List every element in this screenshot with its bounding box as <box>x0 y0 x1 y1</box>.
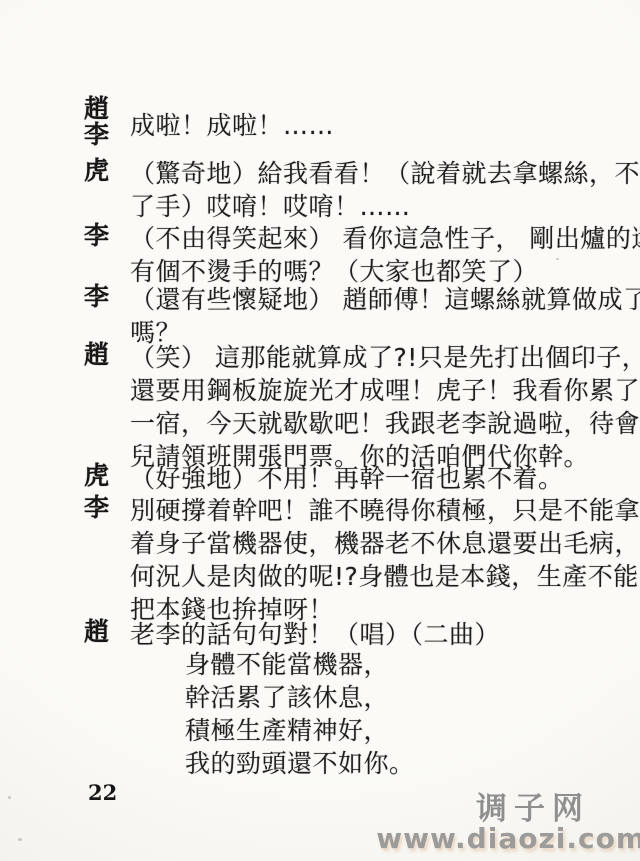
scanned-script-page: 趙 李 成啦！成啦！…… 虎 （驚奇地）給我看看！（說着就去拿螺絲，不覺燙 了手… <box>0 0 640 861</box>
speaker-label: 趙 <box>84 341 109 368</box>
speech-text: 成啦！成啦！…… <box>130 109 590 142</box>
dialogue-line: （不由得笑起來） 看你這急性子， 剛出爐的還 <box>130 222 590 255</box>
dialogue-line: 着身子當機器使，機器老不休息還要出毛病， <box>130 527 590 560</box>
dialogue-line: 老李的話句句對！（唱）（二曲） <box>130 618 590 651</box>
speaker-name: 李 <box>84 122 109 148</box>
song-line: 積極生產精神好， <box>185 714 415 747</box>
song-line: 我的勁頭還不如你。 <box>185 747 415 780</box>
speech-text: （不由得笑起來） 看你這急性子， 剛出爐的還 有個不燙手的嗎？（大家也都笑了） <box>130 222 590 288</box>
speaker-label: 虎 <box>84 157 109 184</box>
speaker-name: 趙 <box>84 96 109 122</box>
dialogue-line: 成啦！成啦！…… <box>130 109 590 142</box>
speaker-label: 趙 <box>84 618 109 645</box>
speech-text: （好強地）不用！再幹一宿也累不着。 <box>130 462 590 495</box>
scan-speck <box>556 258 559 260</box>
speech-text: 老李的話句句對！（唱）（二曲） <box>130 618 590 651</box>
song-verse: 身體不能當機器， 幹活累了該休息， 積極生產精神好， 我的勁頭還不如你。 <box>185 648 415 780</box>
scan-speck <box>18 838 22 841</box>
dialogue-line: （還有些懷疑地） 趙師傅！這螺絲就算做成了 <box>130 283 590 316</box>
song-line: 身體不能當機器， <box>185 648 415 681</box>
dialogue-entry: 李 別硬撐着幹吧！誰不曉得你積極，只是不能拿 着身子當機器使，機器老不休息還要出… <box>84 494 594 629</box>
watermark-site-url: www.diaozi.com <box>376 822 640 855</box>
speech-text: （還有些懷疑地） 趙師傅！這螺絲就算做成了 嗎？ <box>130 283 590 349</box>
dialogue-entry: 趙 李 成啦！成啦！…… <box>84 96 594 156</box>
dialogue-entry: 李 （不由得笑起來） 看你這急性子， 剛出爐的還 有個不燙手的嗎？（大家也都笑了… <box>84 222 594 292</box>
dialogue-line: 還要用鋼板旋旋光才成哩！虎子！我看你累了 <box>130 374 590 407</box>
speaker-label: 虎 <box>84 462 109 489</box>
dialogue-line: 別硬撐着幹吧！誰不曉得你積極，只是不能拿 <box>130 494 590 527</box>
dialogue-entry: 虎 （好強地）不用！再幹一宿也累不着。 <box>84 462 594 497</box>
speech-text: （驚奇地）給我看看！（說着就去拿螺絲，不覺燙 了手）哎唷！哎唷！…… <box>130 157 590 223</box>
dialogue-entry: 趙 （笑） 這那能就算成了?!只是先打出個印子， 還要用鋼板旋旋光才成哩！虎子！… <box>84 341 594 476</box>
speaker-label: 李 <box>84 494 109 521</box>
dialogue-line: 了手）哎唷！哎唷！…… <box>130 190 590 223</box>
speaker-label: 李 <box>84 283 109 310</box>
dialogue-line: 一宿，今天就歇歇吧！我跟老李說過啦，待會 <box>130 407 590 440</box>
speaker-label: 李 <box>84 222 109 249</box>
dialogue-line: （驚奇地）給我看看！（說着就去拿螺絲，不覺燙 <box>130 157 590 190</box>
scan-speck <box>8 796 11 799</box>
page-number: 22 <box>88 780 117 805</box>
dialogue-line: 何況人是肉做的呢!?身體也是本錢，生產不能 <box>130 560 590 593</box>
speech-text: 別硬撐着幹吧！誰不曉得你積極，只是不能拿 着身子當機器使，機器老不休息還要出毛病… <box>130 494 590 626</box>
song-line: 幹活累了該休息， <box>185 681 415 714</box>
dialogue-line: （笑） 這那能就算成了?!只是先打出個印子， <box>130 341 590 374</box>
speaker-label: 趙 李 <box>84 96 109 148</box>
dialogue-line: （好強地）不用！再幹一宿也累不着。 <box>130 462 590 495</box>
speech-text: （笑） 這那能就算成了?!只是先打出個印子， 還要用鋼板旋旋光才成哩！虎子！我看… <box>130 341 590 473</box>
dialogue-entry: 虎 （驚奇地）給我看看！（說着就去拿螺絲，不覺燙 了手）哎唷！哎唷！…… <box>84 157 594 227</box>
